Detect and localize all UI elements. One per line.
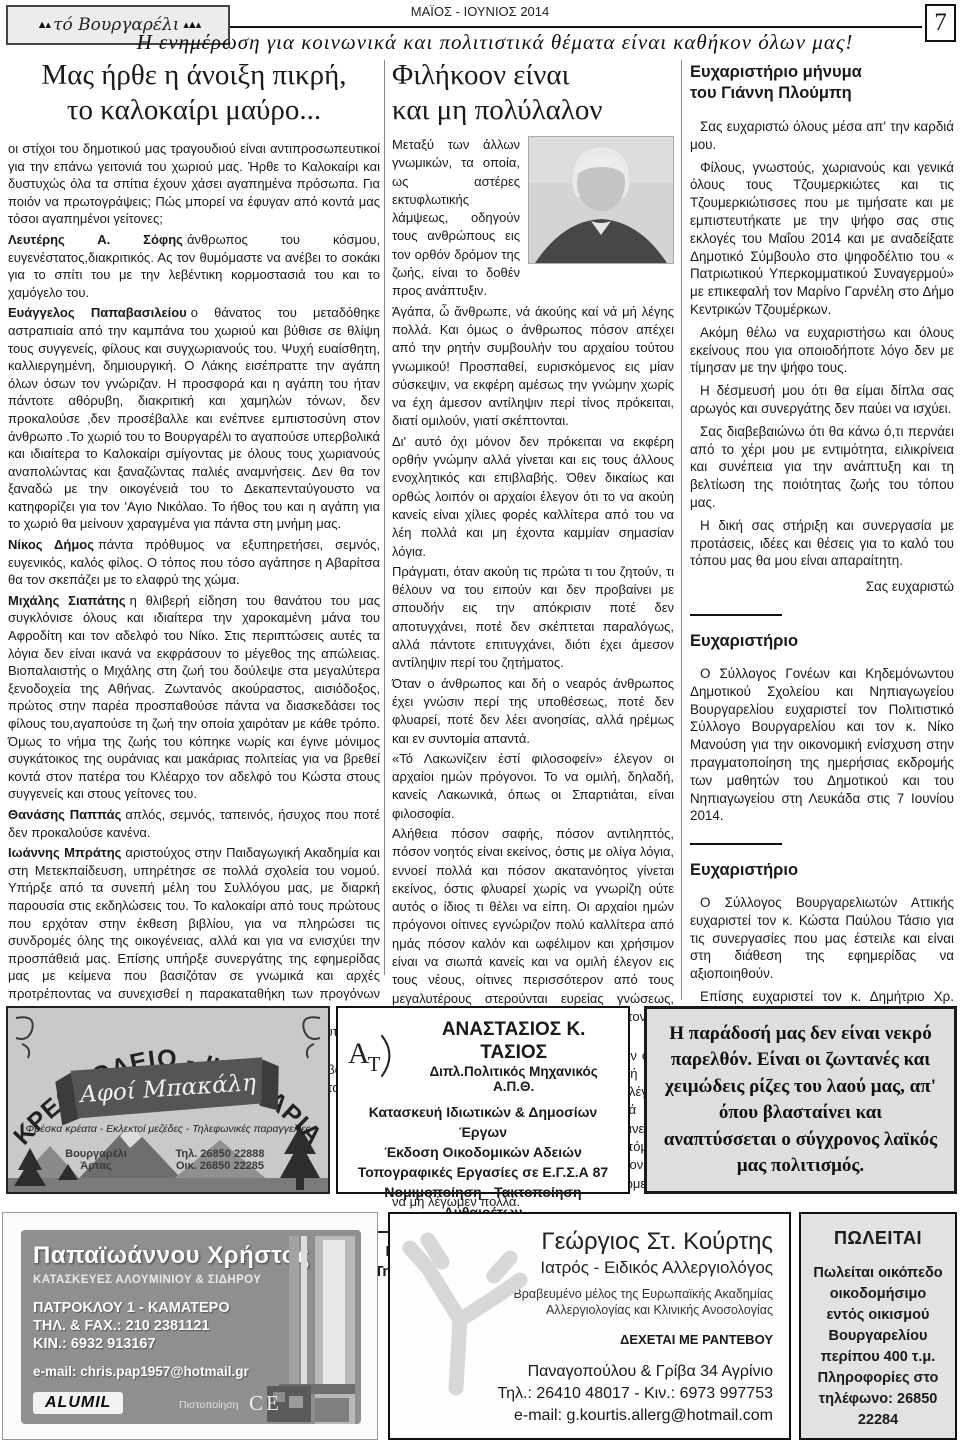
paragraph: οι στίχοι του δημοτικού μας τραγουδιού ε… — [8, 140, 380, 228]
section-heading: Ευχαριστήριο μήνυμα του Γιάννη Πλούμπη — [690, 62, 954, 104]
alumil-logo: ALUMIL — [33, 1392, 123, 1414]
business-card: Παπαϊωάννου Χρήστος ΚΑΤΑΣΚΕΥΕΣ ΑΛΟΥΜΙΝΙΟ… — [21, 1230, 361, 1424]
ad-service: Κατασκευή Ιδιωτικών & Δημοσίων Έργων — [346, 1102, 620, 1142]
portrait-photo — [528, 136, 674, 264]
section-separator — [690, 843, 782, 845]
classified-body: Πωλείται οικόπεδο οικοδομήσιμο εντός οικ… — [809, 1263, 947, 1431]
article-title: Φιλήκοον είναι και μη πολύλαλον — [392, 58, 674, 128]
article-obituaries: Μας ήρθε η άνοιξη πικρή, το καλοκαίρι μα… — [8, 58, 380, 1144]
ad-aluminium-constructions: Παπαϊωάννου Χρήστος ΚΑΤΑΣΚΕΥΕΣ ΑΛΟΥΜΙΝΙΟ… — [2, 1212, 378, 1440]
svg-text:T: T — [368, 1054, 381, 1076]
paragraph: Νίκος Δήμοςπάντα πρόθυμος να εξυπηρετήσε… — [8, 536, 380, 589]
section-separator — [690, 614, 782, 616]
ad-phone: Οικ. 26850 22285 — [176, 1160, 264, 1172]
ad-title: Διπλ.Πολιτικός Μηχανικός Α.Π.Θ. — [407, 1064, 620, 1094]
paragraph: Ακόμη θέλω να ευχαριστήσω και όλους εκεί… — [690, 324, 954, 377]
ce-mark-icon: CE — [249, 1391, 282, 1416]
paragraph: «Τό Λακωνίζειν ἐστί φιλοσοφείν» έλεγον ο… — [392, 750, 674, 823]
thanks-column: Ευχαριστήριο μήνυμα του Γιάννη Πλούμπη Σ… — [690, 58, 954, 1100]
section-heading: Ευχαριστήριο — [690, 861, 954, 880]
column-divider — [681, 60, 682, 1000]
paragraph: Ο Σύλλογος Γονέων και Κηδεμόνωντου Δημοτ… — [690, 665, 954, 825]
paragraph: Άγάπα, ὦ ἄνθρωπε, νά άκούης καί νά μή λέ… — [392, 303, 674, 431]
page-motto: Η ενημέρωση για κοινωνικά και πολιτιστικ… — [130, 30, 860, 55]
closing-line: Σας ευχαριστώ — [690, 578, 954, 596]
paragraph: Φίλους, γνωστούς, χωριανούς και γενικά ό… — [690, 159, 954, 319]
column-divider — [384, 60, 385, 975]
header-rule — [230, 26, 922, 28]
classified-for-sale: ΠΩΛΕΙΤΑΙ Πωλείται οικόπεδο οικοδομήσιμο … — [799, 1212, 957, 1440]
page-number: 7 — [925, 4, 956, 42]
paragraph: Η δική σας στήριξη και συνεργασία με προ… — [690, 517, 954, 570]
paragraph: Σας ευχαριστώ όλους μέσα απ' την καρδιά … — [690, 118, 954, 154]
ad-service: Έκδοση Οικοδομικών Αδειών — [346, 1142, 620, 1162]
antibody-icon — [398, 1228, 528, 1398]
tree-icon: ▴▲▴ — [183, 20, 199, 31]
tree-icon: ▲▴ — [37, 20, 49, 31]
svg-text:A: A — [348, 1038, 370, 1070]
article-title: Μας ήρθε η άνοιξη πικρή, το καλοκαίρι μα… — [8, 58, 380, 128]
quote-text: Η παράδοσή μας δεν είναι νεκρό παρελθόν.… — [661, 1021, 940, 1180]
paragraph: Η δέσμευσή μου ότι θα είμαι δίπλα σας αρ… — [690, 382, 954, 418]
ad-tagline: Φρέσκα κρέατα - Εκλεκτοί μεζέδες - Τηλεφ… — [25, 1123, 311, 1135]
ad-allergist-doctor: Γεώργιος Στ. Κούρτης Ιατρός - Ειδικός Αλ… — [388, 1212, 791, 1440]
ad-butcher-shop: ΚΡΕΟΠΩΛΕΙΟ - ΨΗΣΤΑΡΙΑ Αφοί Μπακάλη Φρέσκ… — [6, 1006, 330, 1194]
paragraph: Σας διαβεβαιώνω ότι θα κάνω ό,τι περνάει… — [690, 423, 954, 512]
ad-service: Τοπογραφικές Εργασίες σε Ε.Γ.Σ.Α 87 — [346, 1162, 620, 1182]
paragraph: Θανάσης Παππάςαπλός, σεμνός, ταπεινός, ή… — [8, 806, 380, 841]
issue-date: ΜΑΪΟΣ - ΙΟΥΝΙΟΣ 2014 — [0, 4, 960, 19]
paragraph: Μιχάλης Σιαπάτηςη θλιβερή είδηση του θαν… — [8, 592, 380, 803]
classified-title: ΠΩΛΕΙΤΑΙ — [809, 1228, 947, 1249]
paragraph: Ευάγγελος Παπαβασιλείουο θάνατος του μετ… — [8, 304, 380, 533]
paragraph: Πράγματι, όταν ακούη τις πρώτα τι του ζη… — [392, 563, 674, 673]
ad-location: Βουργαρέλι — [65, 1148, 127, 1160]
ad-name: ΑΝΑΣΤΑΣΙΟΣ Κ. ΤΑΣΙΟΣ — [407, 1018, 620, 1064]
monogram-icon: A T — [346, 1031, 397, 1081]
paragraph: Λευτέρης Α. Σόφηςάνθρωπος του κόσμου, ευ… — [8, 231, 380, 301]
tradition-quote-box: Η παράδοσή μας δεν είναι νεκρό παρελθόν.… — [644, 1006, 957, 1194]
paragraph: Όταν ο άνθρωπος και δή ο νεαρός άνθρωπος… — [392, 675, 674, 748]
section-heading: Ευχαριστήριο — [690, 632, 954, 651]
paragraph: Δι' αυτό όχι μόνον δεν πρόκειται να εκφέ… — [392, 433, 674, 561]
ad-email: e-mail: g.kourtis.allerg@hotmail.com — [406, 1405, 773, 1427]
certification-label: Πιστοποίηση — [179, 1399, 239, 1411]
ad-phone: Τηλ. 26850 22888 — [175, 1148, 264, 1160]
paragraph: Ο Σύλλογος Βουργαρελιωτών Αττικής ευχαρι… — [690, 894, 954, 983]
ad-location: Άρτας — [80, 1160, 112, 1172]
ad-civil-engineer: A T ΑΝΑΣΤΑΣΙΟΣ Κ. ΤΑΣΙΟΣ Διπλ.Πολιτικός … — [336, 1006, 630, 1194]
paragraph: Ιωάννης Μπράτηςαριστούχος στην Παιδαγωγι… — [8, 844, 380, 1020]
